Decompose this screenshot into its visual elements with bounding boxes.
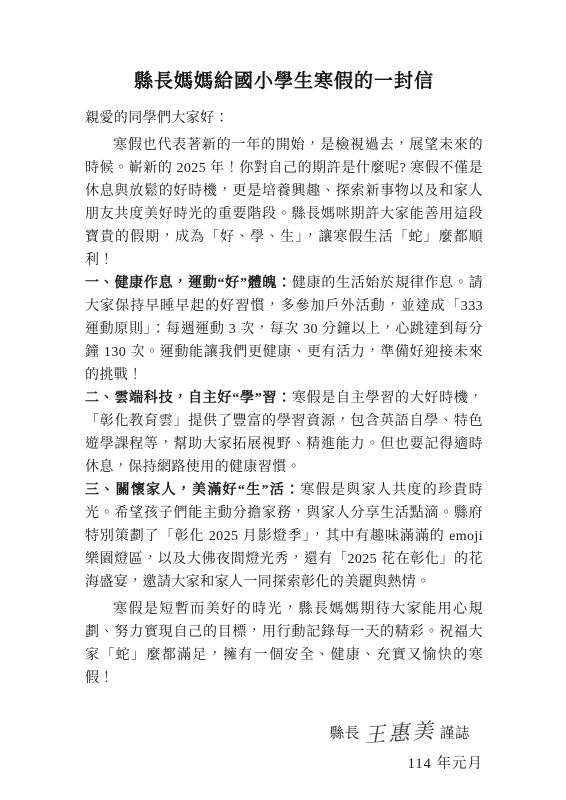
signature-date: 114 年元月 [85,752,483,773]
section-2-heading: 二、雲端科技，自主好“學”習： [85,391,292,406]
section-paragraph-2: 二、雲端科技，自主好“學”習：寒假是自主學習的大好時機，「彰化教育雲」提供了豐富… [85,387,483,479]
signature-role: 縣長 [330,726,360,742]
letter-title: 縣長媽媽給國小學生寒假的一封信 [85,66,483,93]
handwritten-signature: 王惠美 [363,715,437,750]
section-3-heading: 三、關懷家人，美滿好“生”活： [85,483,300,498]
salutation: 親愛的同學們大家好： [85,107,483,130]
closing-paragraph: 寒假是短暫而美好的時光，縣長媽媽期待大家能用心規劃、努力實現自己的目標，用行動記… [85,598,483,690]
signature-line: 縣長王惠美謹誌 [85,715,483,745]
letter-body: 親愛的同學們大家好： 寒假也代表著新的一年的開始，是檢視過去，展望未來的時候。嶄… [85,107,483,690]
section-paragraph-3: 三、關懷家人，美滿好“生”活：寒假是與家人共度的珍貴時光。希望孩子們能主動分擔家… [85,479,483,594]
letter-page: 縣長媽媽給國小學生寒假的一封信 親愛的同學們大家好： 寒假也代表著新的一年的開始… [0,0,566,800]
signature-block: 縣長王惠美謹誌 114 年元月 [85,715,483,773]
signature-suffix: 謹誌 [440,726,470,742]
section-1-body: 健康的生活始於規律作息。請大家保持早睡早起的好習慣，多參加戶外活動，並達成「33… [85,276,483,383]
section-3-body: 寒假是與家人共度的珍貴時光。希望孩子們能主動分擔家務，與家人分享生活點滴。縣府特… [85,483,483,590]
intro-paragraph: 寒假也代表著新的一年的開始，是檢視過去，展望未來的時候。嶄新的 2025 年！你… [85,134,483,272]
section-1-heading: 一、健康作息，運動“好”體魄： [85,276,292,291]
section-paragraph-1: 一、健康作息，運動“好”體魄：健康的生活始於規律作息。請大家保持早睡早起的好習慣… [85,272,483,387]
